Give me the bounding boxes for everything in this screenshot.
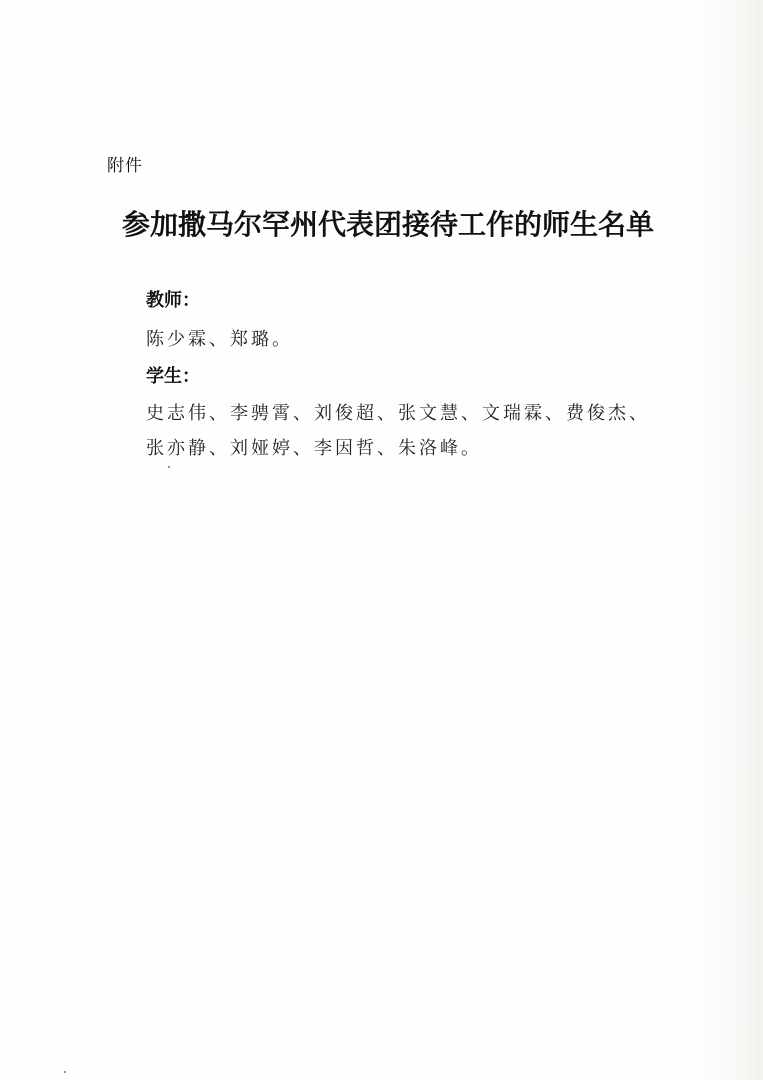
- section-label-students: 学生：: [146, 362, 200, 388]
- scan-speck: [64, 1071, 66, 1073]
- student-names-line-1: 史志伟、李骋霄、刘俊超、张文慧、文瑞霖、费俊杰、: [146, 399, 650, 425]
- teacher-names: 陈少霖、郑璐。: [146, 325, 293, 351]
- section-label-teachers: 教师：: [146, 286, 200, 312]
- scan-edge-shading: [693, 0, 763, 1080]
- document-title: 参加撒马尔罕州代表团接待工作的师生名单: [122, 203, 654, 243]
- attachment-label: 附件: [107, 151, 143, 176]
- document-page: 附件 参加撒马尔罕州代表团接待工作的师生名单 教师： 陈少霖、郑璐。 学生： 史…: [0, 0, 763, 1080]
- scan-speck: [168, 466, 170, 468]
- student-names-line-2: 张亦静、刘娅婷、李因哲、朱洛峰。: [146, 434, 482, 460]
